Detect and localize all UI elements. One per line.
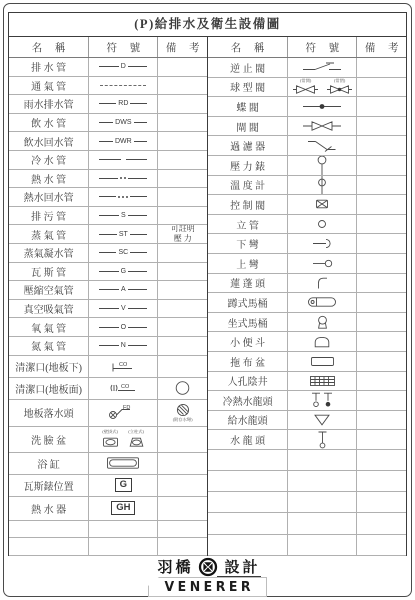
manhole-icon [309,375,336,387]
item-remark [357,471,406,491]
empty-row [208,471,406,492]
pipe-line-symbol: G [99,268,147,275]
item-symbol: RD [89,95,158,113]
item-name: 排 水 管 [9,58,89,76]
drawing-sheet: (P)給排水及衛生設備圖 名 稱 符 號 備 考 排 水 管D通 氣 管雨水排水… [0,0,415,600]
legend-row: 立 管 [208,215,406,235]
item-remark [158,77,207,95]
item-name: 冷熱水龍頭 [208,391,288,410]
turn-down-icon [312,237,333,250]
item-remark [357,274,406,293]
item-name: 雨水排水管 [9,95,89,113]
item-remark [357,58,406,77]
ball-valve-pair-symbol: (常開)(常閉) [292,79,353,96]
item-symbol [89,77,158,95]
item-name: 氮 氣 管 [9,337,89,355]
item-symbol: G [89,263,158,281]
variant-label: (常開) [300,79,311,84]
item-remark [357,254,406,273]
item-symbol: FD [89,400,158,426]
legend-row: 人孔陰井 [208,372,406,392]
legend-row: 過 濾 器 [208,136,406,156]
legend-row: 排 污 管S [9,207,207,226]
item-symbol [288,293,357,312]
item-symbol: CO [89,378,158,399]
pipe-line-symbol: O [99,324,147,331]
legend-row: 飲水回水管DWR [9,132,207,151]
item-remark [158,521,207,538]
item-name: 氧 氣 管 [9,318,89,336]
item-name: 過 濾 器 [208,136,288,155]
item-name: 壓縮空氣管 [9,281,89,299]
item-name: 蝶 閥 [208,97,288,116]
item-name [208,535,288,555]
legend-row: 坐式馬桶 [208,313,406,333]
legend-row: 雨水排水管RD [9,95,207,114]
item-remark [158,132,207,150]
empty-row [208,492,406,513]
item-symbol [288,136,357,155]
boxed-label-symbol: GH [111,501,135,516]
item-symbol [288,411,357,430]
legend-row: 排 水 管D [9,58,207,77]
item-remark [357,156,406,175]
empty-row [208,535,406,556]
item-symbol: ST [89,225,158,243]
pipe-line-symbol: N [99,342,147,349]
item-remark [357,195,406,214]
item-remark: (附存水彎) [158,400,207,426]
hot-water-return-pipe-symbol [99,196,147,198]
legend-row: 控 制 閥 [208,195,406,215]
item-symbol [89,453,158,474]
item-name: 冷 水 管 [9,151,89,169]
item-name: 溫 度 計 [208,176,288,195]
item-name: 蹲式馬桶 [208,293,288,312]
item-symbol [288,492,357,512]
item-symbol: CO [89,356,158,377]
legend-row: 水 龍 頭 [208,430,406,450]
item-name: 真空吸氣管 [9,300,89,318]
hatched-circle-icon [175,403,191,417]
turn-up-icon [312,257,333,270]
item-symbol [288,391,357,410]
legend-row: 清潔口(地板面)CO [9,378,207,400]
item-remark [357,535,406,555]
item-symbol [89,151,158,169]
pipe-line-symbol: RD [99,100,147,107]
item-name: 壓 力 錶 [208,156,288,175]
legend-row: 瓦斯錶位置G [9,475,207,497]
logo-cjk-left: 羽橋 [154,556,193,577]
mop-sink-icon [310,356,335,367]
item-name: 控 制 閥 [208,195,288,214]
item-symbol: O [89,318,158,336]
legend-row: 蓮 蓬 頭 [208,274,406,294]
item-remark [158,378,207,399]
item-name: 下 彎 [208,234,288,253]
item-symbol [89,538,158,555]
faucet-icon [316,430,329,449]
item-name: 浴 缸 [9,453,89,474]
legend-row: 真空吸氣管V [9,300,207,319]
item-remark [158,318,207,336]
item-remark [158,188,207,206]
cold-water-pipe-symbol [99,159,147,160]
empty-row [9,538,207,556]
item-name: 清潔口(地板面) [9,378,89,399]
pressure-gauge-icon [315,156,329,175]
dashed-pipe-symbol [100,85,146,86]
item-symbol: D [89,58,158,76]
item-name: 蒸氣凝水管 [9,244,89,262]
hot-water-pipe-symbol [99,177,147,179]
pipe-line-symbol: DWR [99,138,147,145]
item-name: 瓦 斯 管 [9,263,89,281]
item-symbol: N [89,337,158,355]
item-symbol [288,97,357,116]
item-name: 拖 布 盆 [208,352,288,371]
legend-row: 熱 水 管 [9,170,207,189]
item-symbol: G [89,475,158,496]
supply-faucet-icon [313,413,331,426]
item-symbol [288,430,357,449]
item-name: 人孔陰井 [208,372,288,391]
shower-head-icon [315,275,330,290]
item-remark [158,151,207,169]
item-remark [357,78,406,97]
legend-row: 氮 氣 管N [9,337,207,356]
pipe-line-symbol: S [99,212,147,219]
item-symbol: (壁掛式)(立柱式) [89,427,158,452]
legend-row: 冷 水 管 [9,151,207,170]
item-remark [158,300,207,318]
item-symbol [288,471,357,491]
item-symbol [288,352,357,371]
legend-row: 氧 氣 管O [9,318,207,337]
item-symbol [89,170,158,188]
item-remark [357,97,406,116]
item-symbol [288,274,357,293]
item-remark [158,263,207,281]
item-symbol: GH [89,497,158,520]
floor-drain-icon: FD [106,404,140,421]
item-name: 逆 止 閥 [208,58,288,77]
item-symbol [288,234,357,253]
item-remark [158,453,207,474]
empty-row [9,521,207,539]
item-name: 球 型 閥 [208,78,288,97]
item-remark [158,207,207,225]
svg-text:FD: FD [123,405,130,411]
item-name: 排 污 管 [9,207,89,225]
legend-row: 通 氣 管 [9,77,207,96]
legend-row: 閘 閥 [208,117,406,137]
logo-name-row: 羽橋 設計 [147,556,267,577]
item-name: 地板落水頭 [9,400,89,426]
sitting-toilet-icon [314,315,331,330]
item-name: 飲水回水管 [9,132,89,150]
item-remark [158,337,207,355]
header-remark: 備 考 [357,37,406,57]
legend-row: 球 型 閥(常開)(常閉) [208,78,406,98]
logo-cjk-right: 設計 [222,556,261,577]
header-symbol: 符 號 [89,37,158,57]
item-name [9,538,89,555]
item-remark [158,497,207,520]
item-name: 熱水回水管 [9,188,89,206]
item-name [208,450,288,470]
hot-cold-faucet-icon [309,391,335,409]
item-remark [357,313,406,332]
item-symbol [288,513,357,533]
item-name: 立 管 [208,215,288,234]
item-remark [357,450,406,470]
item-symbol [288,176,357,195]
legend-row: 地板落水頭FD(附存水彎) [9,400,207,427]
legend-row: 拖 布 盆 [208,352,406,372]
variant-label: (壁掛式) [103,431,119,436]
item-remark [357,332,406,351]
legend-row: 下 彎 [208,234,406,254]
butterfly-valve-icon [302,102,342,111]
item-remark [357,293,406,312]
item-remark [357,513,406,533]
empty-row [208,513,406,534]
logo-badge: VENERER [148,577,267,597]
item-remark [357,136,406,155]
item-symbol: DWR [89,132,158,150]
item-remark [158,356,207,377]
left-rows: 排 水 管D通 氣 管雨水排水管RD飲 水 管DWS飲水回水管DWR冷 水 管熱… [9,58,207,555]
control-valve-icon [314,198,330,210]
variant-label: (常閉) [334,79,345,84]
item-name [208,492,288,512]
item-remark [158,538,207,555]
item-symbol [89,521,158,538]
svg-text:CO: CO [121,384,130,390]
gate-valve-icon [302,120,342,132]
item-remark [357,492,406,512]
item-name: 蓮 蓬 頭 [208,274,288,293]
variant-label: (立柱式) [128,431,144,436]
item-remark [158,427,207,452]
header-name: 名 稱 [9,37,89,57]
legend-row: 熱 水 器GH [9,497,207,521]
legend-row: 壓 力 錶 [208,156,406,176]
logo-latin-name: VENERER [161,579,254,595]
item-name: 瓦斯錶位置 [9,475,89,496]
pipe-line-symbol: DWS [99,119,147,126]
item-name: 小 便 斗 [208,332,288,351]
legend-row: 蒸 氣 管ST可註明壓 力 [9,225,207,244]
legend-row: 溫 度 計 [208,176,406,196]
item-symbol [288,535,357,555]
item-remark [357,391,406,410]
legend-row: 冷熱水龍頭 [208,391,406,411]
table-body: 名 稱 符 號 備 考 排 水 管D通 氣 管雨水排水管RD飲 水 管DWS飲水… [9,37,406,555]
thermometer-icon [315,176,329,195]
page-title: (P)給排水及衛生設備圖 [9,13,406,37]
remark-text: 可註明壓 力 [171,225,195,243]
legend-row: 洗 臉 盆(壁掛式)(立柱式) [9,427,207,453]
legend-row: 清潔口(地板下)CO [9,356,207,378]
legend-row: 壓縮空氣管A [9,281,207,300]
item-name: 熱 水 器 [9,497,89,520]
right-rows: 逆 止 閥球 型 閥(常開)(常閉)蝶 閥閘 閥過 濾 器壓 力 錶溫 度 計控… [208,58,406,555]
item-remark [357,352,406,371]
item-name [9,521,89,538]
item-remark [158,58,207,76]
item-name: 上 彎 [208,254,288,273]
item-name: 熱 水 管 [9,170,89,188]
pipe-line-symbol: ST [99,231,147,238]
legend-row: 蝶 閥 [208,97,406,117]
right-half: 名 稱 符 號 備 考 逆 止 閥球 型 閥(常開)(常閉)蝶 閥閘 閥過 濾 … [208,37,406,555]
legend-row: 瓦 斯 管G [9,263,207,282]
item-symbol [288,58,357,77]
item-name [208,471,288,491]
pipe-line-symbol: V [99,305,147,312]
cleanout-below-floor-icon: CO [108,359,138,374]
item-remark [357,176,406,195]
pipe-line-symbol: D [99,63,147,70]
item-name: 洗 臉 盆 [9,427,89,452]
boxed-label-symbol: G [115,478,132,493]
legend-row: 小 便 斗 [208,332,406,352]
item-name: 坐式馬桶 [208,313,288,332]
item-symbol [288,450,357,470]
item-remark [158,114,207,132]
item-symbol [288,117,357,136]
check-valve-icon [302,61,342,74]
pipe-line-symbol: SC [99,249,147,256]
item-symbol: (常開)(常閉) [288,78,357,97]
header-symbol: 符 號 [288,37,357,57]
item-symbol: SC [89,244,158,262]
item-name: 清潔口(地板下) [9,356,89,377]
item-symbol: V [89,300,158,318]
legend-row: 蒸氣凝水管SC [9,244,207,263]
empty-row [208,450,406,471]
item-remark [357,234,406,253]
header-remark: 備 考 [158,37,207,57]
item-remark [357,372,406,391]
legend-row: 蹲式馬桶 [208,293,406,313]
legend-row: 給水龍頭 [208,411,406,431]
item-symbol [288,195,357,214]
item-symbol: A [89,281,158,299]
item-symbol [288,372,357,391]
legend-row: 逆 止 閥 [208,58,406,78]
company-logo: 羽橋 設計 VENERER [0,556,415,597]
item-remark [357,215,406,234]
item-name: 閘 閥 [208,117,288,136]
item-symbol: DWS [89,114,158,132]
header-name: 名 稱 [208,37,288,57]
item-remark [158,95,207,113]
item-symbol [89,188,158,206]
legend-table: (P)給排水及衛生設備圖 名 稱 符 號 備 考 排 水 管D通 氣 管雨水排水… [8,12,407,556]
item-symbol [288,156,357,175]
washbasin-pair-symbol: (壁掛式)(立柱式) [101,430,145,448]
left-half: 名 稱 符 號 備 考 排 水 管D通 氣 管雨水排水管RD飲 水 管DWS飲水… [9,37,208,555]
legend-row: 熱水回水管 [9,188,207,207]
item-symbol [288,254,357,273]
item-symbol [288,313,357,332]
item-name: 給水龍頭 [208,411,288,430]
urinal-icon [313,335,331,348]
item-remark: 可註明壓 力 [158,225,207,243]
item-remark [158,475,207,496]
riser-icon [317,219,327,229]
legend-row: 浴 缸 [9,453,207,475]
item-symbol: S [89,207,158,225]
left-header-row: 名 稱 符 號 備 考 [9,37,207,58]
item-remark [357,411,406,430]
remark-note: (附存水彎) [173,418,193,422]
item-remark [158,281,207,299]
pipe-line-symbol: A [99,286,147,293]
svg-text:CO: CO [119,362,128,368]
logo-mark-icon [198,557,218,577]
strainer-icon [307,138,337,153]
item-name: 飲 水 管 [9,114,89,132]
legend-row: 上 彎 [208,254,406,274]
right-header-row: 名 稱 符 號 備 考 [208,37,406,58]
circle-outline-icon [174,380,191,396]
item-remark [158,170,207,188]
legend-row: 飲 水 管DWS [9,114,207,133]
item-symbol [288,215,357,234]
item-remark [158,244,207,262]
item-name: 水 龍 頭 [208,430,288,449]
item-remark [357,117,406,136]
item-name: 通 氣 管 [9,77,89,95]
bathtub-icon [106,456,140,470]
item-name [208,513,288,533]
cleanout-floor-surface-icon: CO [107,381,139,396]
item-remark [357,430,406,449]
item-name: 蒸 氣 管 [9,225,89,243]
squat-toilet-icon [307,296,337,308]
item-symbol [288,332,357,351]
